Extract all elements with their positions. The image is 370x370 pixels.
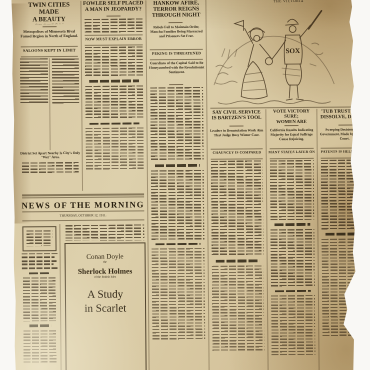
- divider: [85, 34, 143, 36]
- headline-line: VOTE VICTORY SURE;: [268, 109, 316, 120]
- hankow-crosshead: PEKING IS THREATENED: [147, 51, 204, 56]
- middle-columns: SAY CIVIL SERVICE IS BARTZEN'S TOOL Lead…: [208, 108, 370, 370]
- body-text-greeked: [212, 265, 265, 351]
- twin-cities-crosshead: SALOONS KEPT IN LIMIT: [19, 48, 80, 53]
- body-text-greeked: [271, 295, 316, 355]
- body-text-greeked: [85, 85, 143, 120]
- suffrage-subhead: California Results Indicating Majority f…: [268, 128, 316, 142]
- body-text-greeked: [322, 238, 370, 336]
- headline-line: A BEAUTY SECTION: [19, 15, 80, 24]
- divider: [21, 55, 78, 56]
- serial-tagline: of the British Isles: [68, 275, 143, 279]
- divider: [149, 48, 202, 49]
- serial-title: A Study in Scarlet: [68, 288, 143, 316]
- serial-ad-column: Conan Doyle the Sherlock Holmes of the B…: [61, 223, 147, 370]
- divider: [169, 84, 183, 85]
- left-region: TWIN CITIES MADE A BEAUTY SECTION BY ZON…: [18, 0, 147, 370]
- story-hankow: HANKOW AFIRE, TERROR REIGNS THROUGH NIGH…: [147, 0, 208, 370]
- civil-crosshead: CHAUNCEY IS COMPARED: [209, 150, 265, 154]
- suffrage-headline: VOTE VICTORY SURE; WOMEN ARE JUBILANT: [268, 109, 316, 123]
- tub-trust-headline: 'TUB TRUST' MUST DISSOLVE, DECREE: [319, 108, 370, 119]
- divider: [169, 22, 183, 23]
- body-text-greeked: [85, 128, 143, 171]
- divider: [211, 148, 263, 149]
- hankow-headline: HANKOW AFIRE, TERROR REIGNS THROUGH NIGH…: [147, 0, 205, 18]
- divider: [85, 44, 143, 46]
- tub-trust-crosshead: PATENTS IS HELD LIABLE: [319, 149, 370, 153]
- body-text-greeked: [211, 160, 264, 256]
- greeked-subhead: [155, 242, 200, 245]
- serial-ad-box: Conan Doyle the Sherlock Holmes of the B…: [64, 242, 146, 370]
- summary-row-greeked: [22, 263, 54, 265]
- body-text-greeked: [22, 161, 79, 173]
- left-top-stories: TWIN CITIES MADE A BEAUTY SECTION BY ZON…: [18, 0, 145, 191]
- summary-row-greeked: [22, 253, 58, 255]
- twin-cities-crosshead2: District Set Apart Nearby Is City's Only…: [20, 151, 81, 160]
- headline-line: A MAN IN JEOPARDY?: [82, 6, 144, 12]
- body-text-greeked: [26, 230, 52, 246]
- headline-line: IS BARTZEN'S TOOL: [208, 115, 264, 121]
- story-tub-trust: 'TUB TRUST' MUST DISSOLVE, DECREE Sweepi…: [319, 108, 370, 370]
- body-text-greeked: [150, 169, 204, 239]
- page-content: TWIN CITIES MADE A BEAUTY SECTION BY ZON…: [11, 0, 356, 370]
- divider: [22, 219, 144, 221]
- divider: [321, 147, 369, 148]
- divider: [211, 158, 263, 159]
- greeked-subhead: [29, 324, 51, 327]
- middle-region: THE VICTORIA: [207, 0, 370, 370]
- left-bottom-region: Conan Doyle the Sherlock Holmes of the B…: [20, 223, 147, 370]
- story-jeopardy: FOWLER SELF PLACED A MAN IN JEOPARDY? NO…: [82, 0, 145, 191]
- divider: [270, 147, 314, 148]
- jeopardy-crosshead: NOW MUST EXPLAIN ERROR: [83, 36, 145, 41]
- story-twin-cities: TWIN CITIES MADE A BEAUTY SECTION BY ZON…: [18, 1, 81, 192]
- news-dateline: THURSDAY, OCTOBER 12, 1911.: [20, 213, 146, 218]
- notice-box: [22, 226, 56, 251]
- serial-mid-word: the: [68, 260, 143, 264]
- body-text-greeked: [20, 58, 80, 151]
- greeked-subhead: [275, 289, 311, 292]
- headline-line: THROUGH NIGHT: [147, 12, 205, 19]
- body-text-greeked: [23, 330, 57, 364]
- headline-line: WOMEN ARE JUBILANT: [268, 119, 316, 123]
- divider: [22, 193, 144, 196]
- greeked-subhead: [89, 122, 139, 125]
- cartoon-jersey-text: SOX: [286, 47, 300, 55]
- greeked-subhead: [29, 272, 51, 275]
- headline-line: TWIN CITIES MADE: [18, 1, 79, 16]
- headline-line: DISSOLVE, DECREE: [319, 114, 370, 120]
- divider: [338, 125, 352, 126]
- greeked-subhead: [154, 164, 199, 167]
- twin-cities-subhead: Metropolises of Minnesota Rival Famed Re…: [19, 29, 80, 39]
- serial-title-line: A Study: [68, 288, 143, 302]
- editorial-cartoon: THE VICTORIA: [207, 0, 370, 106]
- scan-background: TWIN CITIES MADE A BEAUTY SECTION BY ZON…: [0, 0, 370, 370]
- hankow-subhead2: Guardians of the Capital Said to Be Hone…: [148, 61, 206, 75]
- divider: [321, 157, 369, 158]
- body-text-greeked: [23, 277, 57, 321]
- body-text-greeked: [20, 58, 79, 105]
- divider: [106, 16, 120, 17]
- summary-row-greeked: [22, 260, 57, 262]
- suffrage-crosshead: MANY STATES LATER ON: [268, 150, 316, 154]
- tub-trust-subhead: Sweeping Decision for the Government, Ma…: [319, 127, 370, 141]
- cartoon-drawing: SOX: [208, 4, 339, 106]
- civil-subhead: Leaders in Denunciation Work Aim That Ju…: [209, 128, 265, 137]
- body-text-greeked: [270, 160, 315, 220]
- divider: [42, 26, 56, 27]
- civil-headline: SAY CIVIL SERVICE IS BARTZEN'S TOOL: [208, 109, 264, 120]
- summary-row-greeked: [22, 267, 58, 269]
- divider: [150, 58, 203, 59]
- greeked-subhead: [89, 79, 139, 82]
- body-text-greeked: [151, 248, 205, 340]
- twin-cities-headline: TWIN CITIES MADE A BEAUTY SECTION BY ZON…: [18, 1, 79, 25]
- summary-row-greeked: [22, 256, 55, 258]
- story-civil-service: SAY CIVIL SERVICE IS BARTZEN'S TOOL Lead…: [208, 109, 267, 370]
- divider: [270, 157, 314, 158]
- greeked-subhead: [216, 259, 260, 262]
- greeked-subhead: [326, 232, 366, 235]
- hankow-subhead: Rebels Fail to Maintain Order, Manchu Fa…: [147, 25, 205, 39]
- newspaper-page: TWIN CITIES MADE A BEAUTY SECTION BY ZON…: [11, 0, 356, 370]
- jeopardy-headline: FOWLER SELF PLACED A MAN IN JEOPARDY?: [82, 0, 144, 12]
- divider: [285, 125, 299, 126]
- body-text-greeked: [85, 18, 143, 33]
- story-suffrage: VOTE VICTORY SURE; WOMEN ARE JUBILANT Ca…: [268, 109, 318, 370]
- body-text-greeked: [150, 87, 204, 161]
- serial-title-line: in Scarlet: [68, 302, 143, 316]
- divider: [21, 45, 78, 46]
- news-summary-column: [20, 224, 59, 370]
- body-text-greeked: [321, 159, 370, 229]
- news-banner-title: NEWS OF THE MORNING: [20, 199, 146, 210]
- greeked-subhead: [275, 223, 311, 226]
- body-text-greeked: [85, 46, 143, 77]
- body-text-greeked: [271, 228, 316, 286]
- divider: [230, 125, 244, 126]
- body-text-greeked: [65, 224, 144, 241]
- news-of-morning-banner: NEWS OF THE MORNING THURSDAY, OCTOBER 12…: [20, 190, 146, 224]
